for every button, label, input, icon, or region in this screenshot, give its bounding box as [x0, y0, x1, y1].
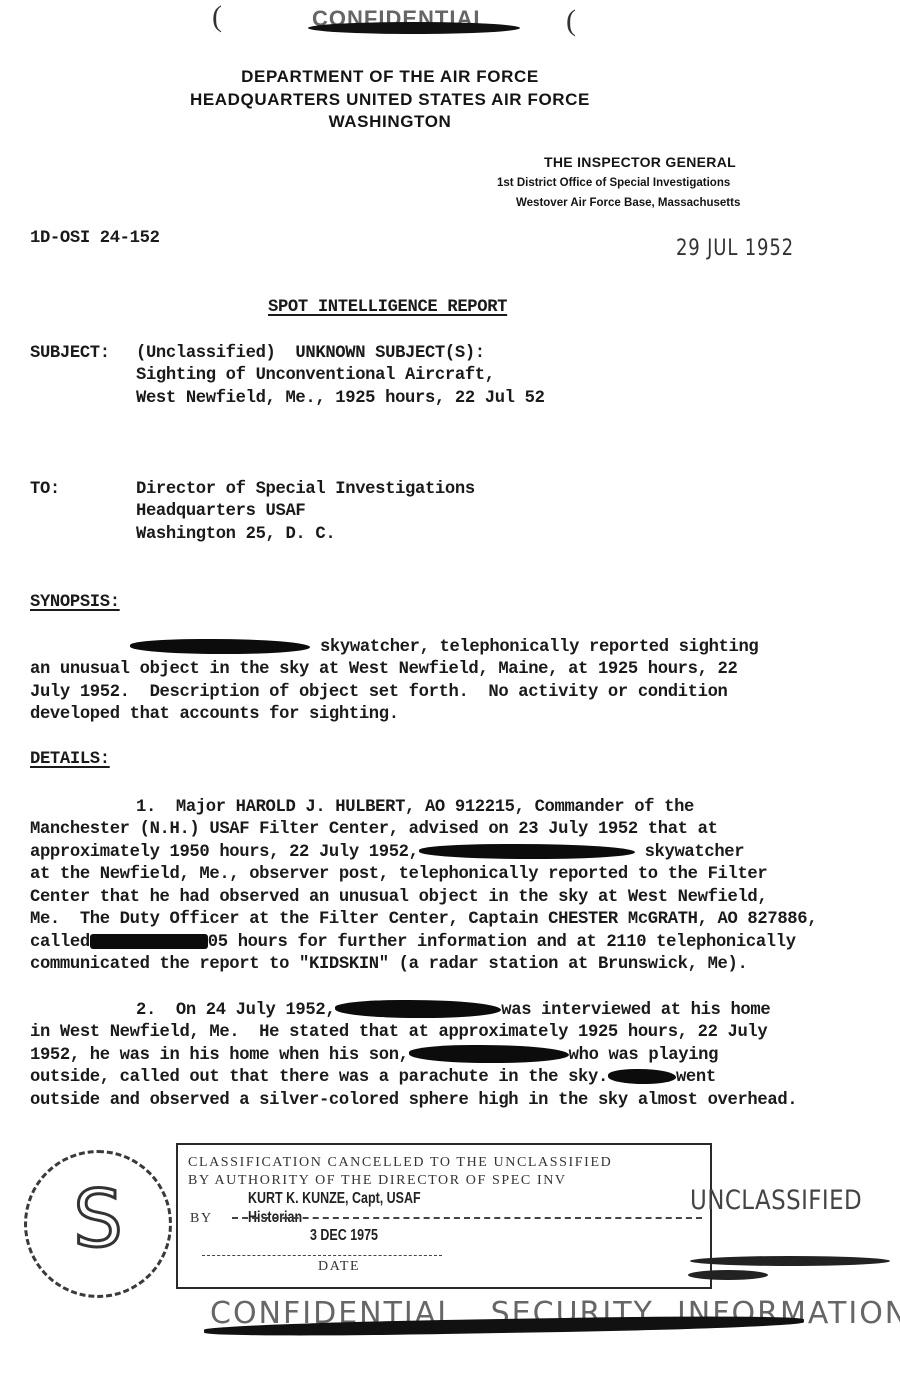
redaction-mark [419, 844, 635, 859]
para1-line-4: at the Newfield, Me., observer post, tel… [30, 864, 767, 887]
para2-line-5: outside and observed a silver-colored sp… [30, 1090, 797, 1113]
file-number: 1D-OSI 24-152 [30, 228, 160, 251]
para1-line-8: communicated the report to "KIDSKIN" (a … [30, 954, 747, 977]
letterhead-line-1: DEPARTMENT OF THE AIR FORCE [0, 67, 840, 87]
redaction-mark [130, 639, 310, 654]
office-line-1: THE INSPECTOR GENERAL [544, 154, 736, 170]
synopsis-line-1: skywatcher, telephonically reported sigh… [130, 637, 758, 660]
para1-line-3: approximately 1950 hours, 22 July 1952, … [30, 842, 744, 865]
para1-line-6: Me. The Duty Officer at the Filter Cente… [30, 909, 817, 932]
para1-line-2: Manchester (N.H.) USAF Filter Center, ad… [30, 819, 718, 842]
declass-signer: KURT K. KUNZE, Capt, USAF [248, 1190, 421, 1208]
synopsis-line-4: developed that accounts for sighting. [30, 704, 399, 727]
to-line-2: Headquarters USAF [136, 501, 305, 524]
para2-line-3-text-b: who was playing [569, 1046, 718, 1065]
para2-line-3-text-a: 1952, he was in his home when his son, [30, 1046, 409, 1065]
para2-line-4-text-a: outside, called out that there was a par… [30, 1068, 608, 1087]
strike-through-mark [690, 1256, 890, 1266]
declass-line-1: CLASSIFICATION CANCELLED TO THE UNCLASSI… [188, 1155, 612, 1171]
to-line-1: Director of Special Investigations [136, 479, 475, 502]
para2-line-2: in West Newfield, Me. He stated that at … [30, 1022, 767, 1045]
letterhead-line-3: WASHINGTON [0, 112, 840, 132]
left-paren-mark: ( [212, 0, 222, 34]
declass-by-label: BY [190, 1211, 213, 1227]
redaction-mark [90, 934, 208, 949]
office-line-3: Westover Air Force Base, Massachusetts [516, 197, 740, 209]
para1-line-7-text-b: 05 hours for further information and at … [208, 933, 796, 952]
para2-line-1-text-b: was interviewed at his home [501, 1001, 770, 1020]
para2-line-1: 2. On 24 July 1952,was interviewed at hi… [136, 1000, 770, 1023]
para2-line-1-text-a: 2. On 24 July 1952, [136, 1001, 335, 1020]
synopsis-line-3: July 1952. Description of object set for… [30, 682, 728, 705]
para2-line-4: outside, called out that there was a par… [30, 1067, 716, 1090]
redaction-mark [608, 1069, 676, 1084]
para1-line-1: 1. Major HAROLD J. HULBERT, AO 912215, C… [136, 797, 694, 820]
signature-line [232, 1217, 702, 1219]
para1-line-7: called05 hours for further information a… [30, 932, 796, 955]
date-stamp: 29 JUL 1952 [676, 236, 794, 261]
para2-line-3: 1952, he was in his home when his son,wh… [30, 1045, 718, 1068]
para1-line-3-text-a: approximately 1950 hours, 22 July 1952, [30, 843, 419, 862]
redaction-mark [335, 1000, 501, 1018]
stamp-letter: S [27, 1175, 169, 1265]
para1-line-5: Center that he had observed an unusual o… [30, 887, 767, 910]
subject-line-1: (Unclassified) UNKNOWN SUBJECT(S): [136, 343, 485, 366]
strike-through-mark [308, 22, 520, 34]
circle-s-stamp: S [24, 1150, 172, 1298]
letterhead-line-2: HEADQUARTERS UNITED STATES AIR FORCE [0, 90, 840, 110]
subject-label: SUBJECT: [30, 343, 110, 366]
right-paren-mark: ( [566, 4, 576, 38]
para1-line-7-text-a: called [30, 933, 90, 952]
subject-line-3: West Newfield, Me., 1925 hours, 22 Jul 5… [136, 388, 545, 411]
para2-line-4-text-b: went [676, 1068, 716, 1087]
report-title: SPOT INTELLIGENCE REPORT [268, 297, 507, 320]
declass-signed-date: 3 DEC 1975 [310, 1227, 378, 1245]
office-line-2: 1st District Office of Special Investiga… [497, 177, 730, 189]
redaction-mark [409, 1045, 569, 1063]
date-line [202, 1255, 442, 1256]
synopsis-line-2: an unusual object in the sky at West New… [30, 659, 737, 682]
synopsis-heading: SYNOPSIS: [30, 592, 120, 615]
synopsis-line-1-text: skywatcher, telephonically reported sigh… [310, 638, 758, 657]
unclassified-stamp: UNCLASSIFIED [690, 1185, 862, 1216]
declassification-stamp: CLASSIFICATION CANCELLED TO THE UNCLASSI… [176, 1143, 712, 1289]
details-heading: DETAILS: [30, 749, 110, 772]
declass-date-label: DATE [318, 1259, 360, 1275]
subject-line-2: Sighting of Unconventional Aircraft, [136, 365, 495, 388]
to-line-3: Washington 25, D. C. [136, 524, 335, 547]
declass-line-2: BY AUTHORITY OF THE DIRECTOR OF SPEC INV [188, 1173, 567, 1189]
para1-line-3-text-b: skywatcher [635, 843, 745, 862]
to-label: TO: [30, 479, 60, 502]
strike-through-mark [688, 1270, 768, 1280]
